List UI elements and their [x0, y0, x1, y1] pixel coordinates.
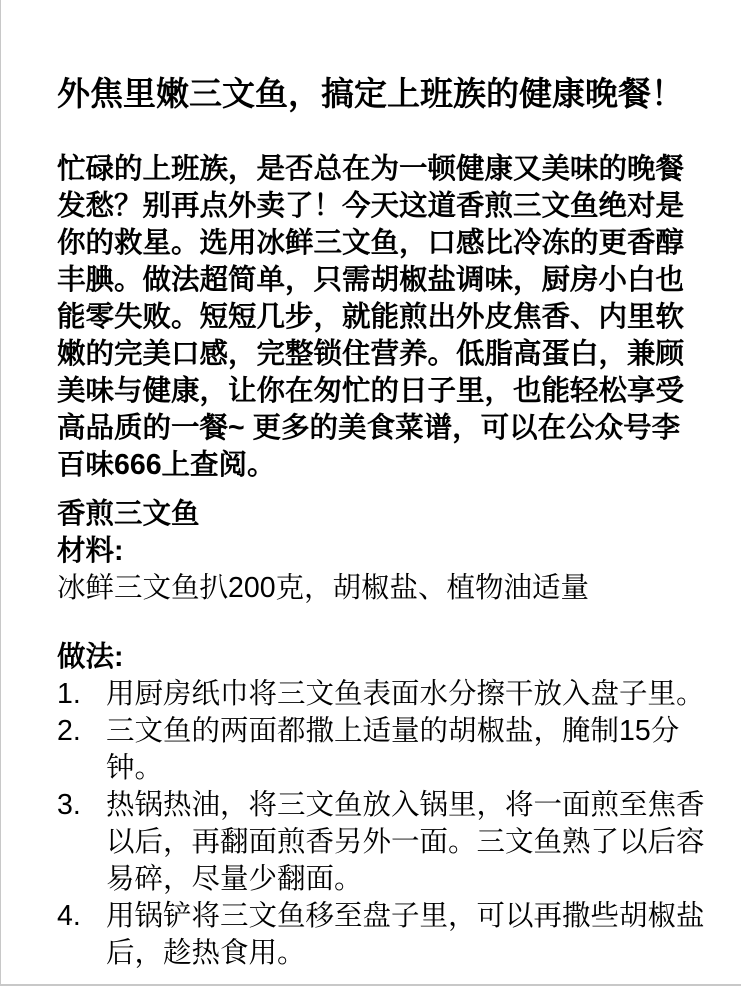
ingredients-text: 冰鲜三文鱼扒200克，胡椒盐、植物油适量	[57, 570, 707, 607]
step-item-3: 3. 热锅热油，将三文鱼放入锅里，将一面煎至焦香以后，再翻面煎香另外一面。三文鱼…	[57, 787, 707, 898]
step-item-1: 1. 用厨房纸巾将三文鱼表面水分擦干放入盘子里。	[57, 676, 707, 713]
step-item-4: 4. 用锅铲将三文鱼移至盘子里，可以再撒些胡椒盐后，趁热食用。	[57, 898, 707, 972]
ingredients-label: 材料:	[57, 533, 707, 570]
step-number: 3.	[57, 787, 106, 824]
step-number: 1.	[57, 676, 106, 713]
steps-list: 1. 用厨房纸巾将三文鱼表面水分擦干放入盘子里。 2. 三文鱼的两面都撒上适量的…	[57, 676, 707, 972]
article-title: 外焦里嫩三文鱼，搞定上班族的健康晚餐！	[57, 74, 719, 114]
step-item-2: 2. 三文鱼的两面都撒上适量的胡椒盐，腌制15分钟。	[57, 713, 707, 787]
recipe-name: 香煎三文鱼	[57, 496, 707, 533]
step-text: 三文鱼的两面都撒上适量的胡椒盐，腌制15分钟。	[106, 713, 707, 787]
step-number: 4.	[57, 898, 106, 935]
steps-label: 做法:	[57, 639, 707, 676]
step-number: 2.	[57, 713, 106, 750]
intro-paragraph: 忙碌的上班族，是否总在为一顿健康又美味的晚餐发愁？别再点外卖了！今天这道香煎三文…	[57, 151, 707, 484]
step-text: 用锅铲将三文鱼移至盘子里，可以再撒些胡椒盐后，趁热食用。	[106, 898, 707, 972]
step-text: 用厨房纸巾将三文鱼表面水分擦干放入盘子里。	[106, 676, 707, 713]
document-page: 外焦里嫩三文鱼，搞定上班族的健康晚餐！ 忙碌的上班族，是否总在为一顿健康又美味的…	[0, 0, 741, 986]
step-text: 热锅热油，将三文鱼放入锅里，将一面煎至焦香以后，再翻面煎香另外一面。三文鱼熟了以…	[106, 787, 707, 898]
